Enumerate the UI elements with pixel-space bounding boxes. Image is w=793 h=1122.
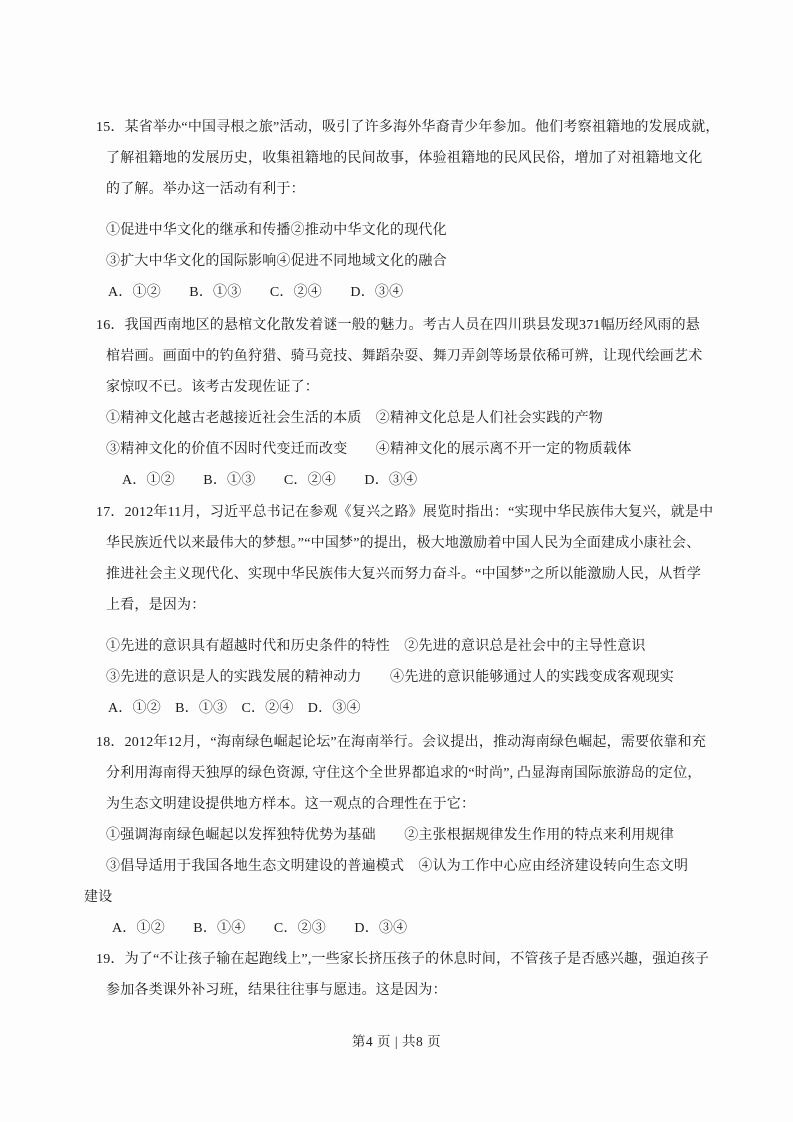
question-15-stem-line-3: 的了解。举办这一活动有利于： (96, 174, 710, 205)
page-number-indicator: 第4 页 | 共8 页 (352, 1034, 441, 1049)
question-16: 16．我国西南地区的悬棺文化散发着谜一般的魅力。考古人员在四川珙县发现371幅历… (96, 310, 710, 496)
question-16-stem-line-2: 棺岩画。画面中的钓鱼狩猎、骑马竞技、舞蹈杂耍、舞刀弄剑等场景依稀可辨，让现代绘画… (96, 341, 710, 372)
question-15-options-3-4: ③扩大中华文化的国际影响④促进不同地域文化的融合 (96, 246, 710, 277)
question-17-options-3-4: ③先进的意识是人的实践发展的精神动力 ④先进的意识能够通过人的实践变成客观现实 (96, 662, 710, 693)
question-18-options-3-4: ③倡导适用于我国各地生态文明建设的普遍模式 ④认为工作中心应由经济建设转向生态文… (96, 851, 710, 882)
question-17-stem-line-1: 17．2012年11月，习近平总书记在参观《复兴之路》展览时指出：“实现中华民族… (96, 497, 710, 528)
question-15-answer-choices: A．①② B．①③ C．②④ D．③④ (96, 277, 710, 308)
question-15-options-1-2: ①促进中华文化的继承和传播②推动中华文化的现代化 (96, 215, 710, 246)
question-16-options-3-4: ③精神文化的价值不因时代变迁而改变 ④精神文化的展示离不开一定的物质载体 (96, 434, 710, 465)
question-19-stem-line-1: 19．为了“不让孩子输在起跑线上”,一些家长挤压孩子的休息时间，不管孩子是否感兴… (96, 944, 710, 975)
question-16-options-1-2: ①精神文化越古老越接近社会生活的本质 ②精神文化总是人们社会实践的产物 (96, 403, 710, 434)
question-15-stem-line-2: 了解祖籍地的发展历史，收集祖籍地的民间故事，体验祖籍地的民风民俗，增加了对祖籍地… (96, 143, 710, 174)
question-19: 19．为了“不让孩子输在起跑线上”,一些家长挤压孩子的休息时间，不管孩子是否感兴… (96, 944, 710, 1006)
question-17-stem-line-2: 华民族近代以来最伟大的梦想。”“中国梦”的提出，极大地激励着中国人民为全面建成小… (96, 528, 710, 559)
question-18-stem-line-2: 分利用海南得天独厚的绿色资源, 守住这个全世界都追求的“时尚”, 凸显海南国际旅… (96, 758, 710, 789)
questions-area: 15．某省举办“中国寻根之旅”活动，吸引了许多海外华裔青少年参加。他们考察祖籍地… (96, 112, 710, 1006)
question-16-stem-line-1: 16．我国西南地区的悬棺文化散发着谜一般的魅力。考古人员在四川珙县发现371幅历… (96, 310, 710, 341)
question-18-stem-line-1: 18．2012年12月，“海南绿色崛起论坛”在海南举行。会议提出，推动海南绿色崛… (96, 727, 710, 758)
question-17: 17．2012年11月，习近平总书记在参观《复兴之路》展览时指出：“实现中华民族… (96, 497, 710, 724)
question-16-answer-choices: A．①② B．①③ C．②④ D．③④ (96, 465, 710, 496)
question-17-stem-line-3: 推进社会主义现代化、实现中华民族伟大复兴而努力奋斗。“中国梦”之所以能激励人民，… (96, 559, 710, 590)
question-17-answer-choices: A．①② B．①③ C．②④ D．③④ (96, 693, 710, 724)
question-18-answer-choices: A．①② B．①④ C．②③ D．③④ (96, 913, 710, 944)
question-18: 18．2012年12月，“海南绿色崛起论坛”在海南举行。会议提出，推动海南绿色崛… (96, 727, 710, 944)
question-17-options-1-2: ①先进的意识具有超越时代和历史条件的特性 ②先进的意识总是社会中的主导性意识 (96, 631, 710, 662)
question-19-stem-line-2: 参加各类课外补习班，结果往往事与愿违。这是因为： (96, 975, 710, 1006)
question-18-options-1-2: ①强调海南绿色崛起以发挥独特优势为基础 ②主张根据规律发生作用的特点来利用规律 (96, 820, 710, 851)
question-15: 15．某省举办“中国寻根之旅”活动，吸引了许多海外华裔青少年参加。他们考察祖籍地… (96, 112, 710, 308)
page-footer: 第4 页 | 共8 页 (0, 1030, 793, 1054)
question-18-stem-line-3: 为生态文明建设提供地方样本。这一观点的合理性在于它： (96, 789, 710, 820)
question-18-option-4-wrap: 建设 (84, 882, 710, 913)
exam-page: 15．某省举办“中国寻根之旅”活动，吸引了许多海外华裔青少年参加。他们考察祖籍地… (0, 0, 793, 1122)
question-15-stem-line-1: 15．某省举办“中国寻根之旅”活动，吸引了许多海外华裔青少年参加。他们考察祖籍地… (96, 112, 710, 143)
question-17-stem-line-4: 上看，是因为： (96, 590, 710, 621)
question-16-stem-line-3: 家惊叹不已。该考古发现佐证了： (96, 372, 710, 403)
